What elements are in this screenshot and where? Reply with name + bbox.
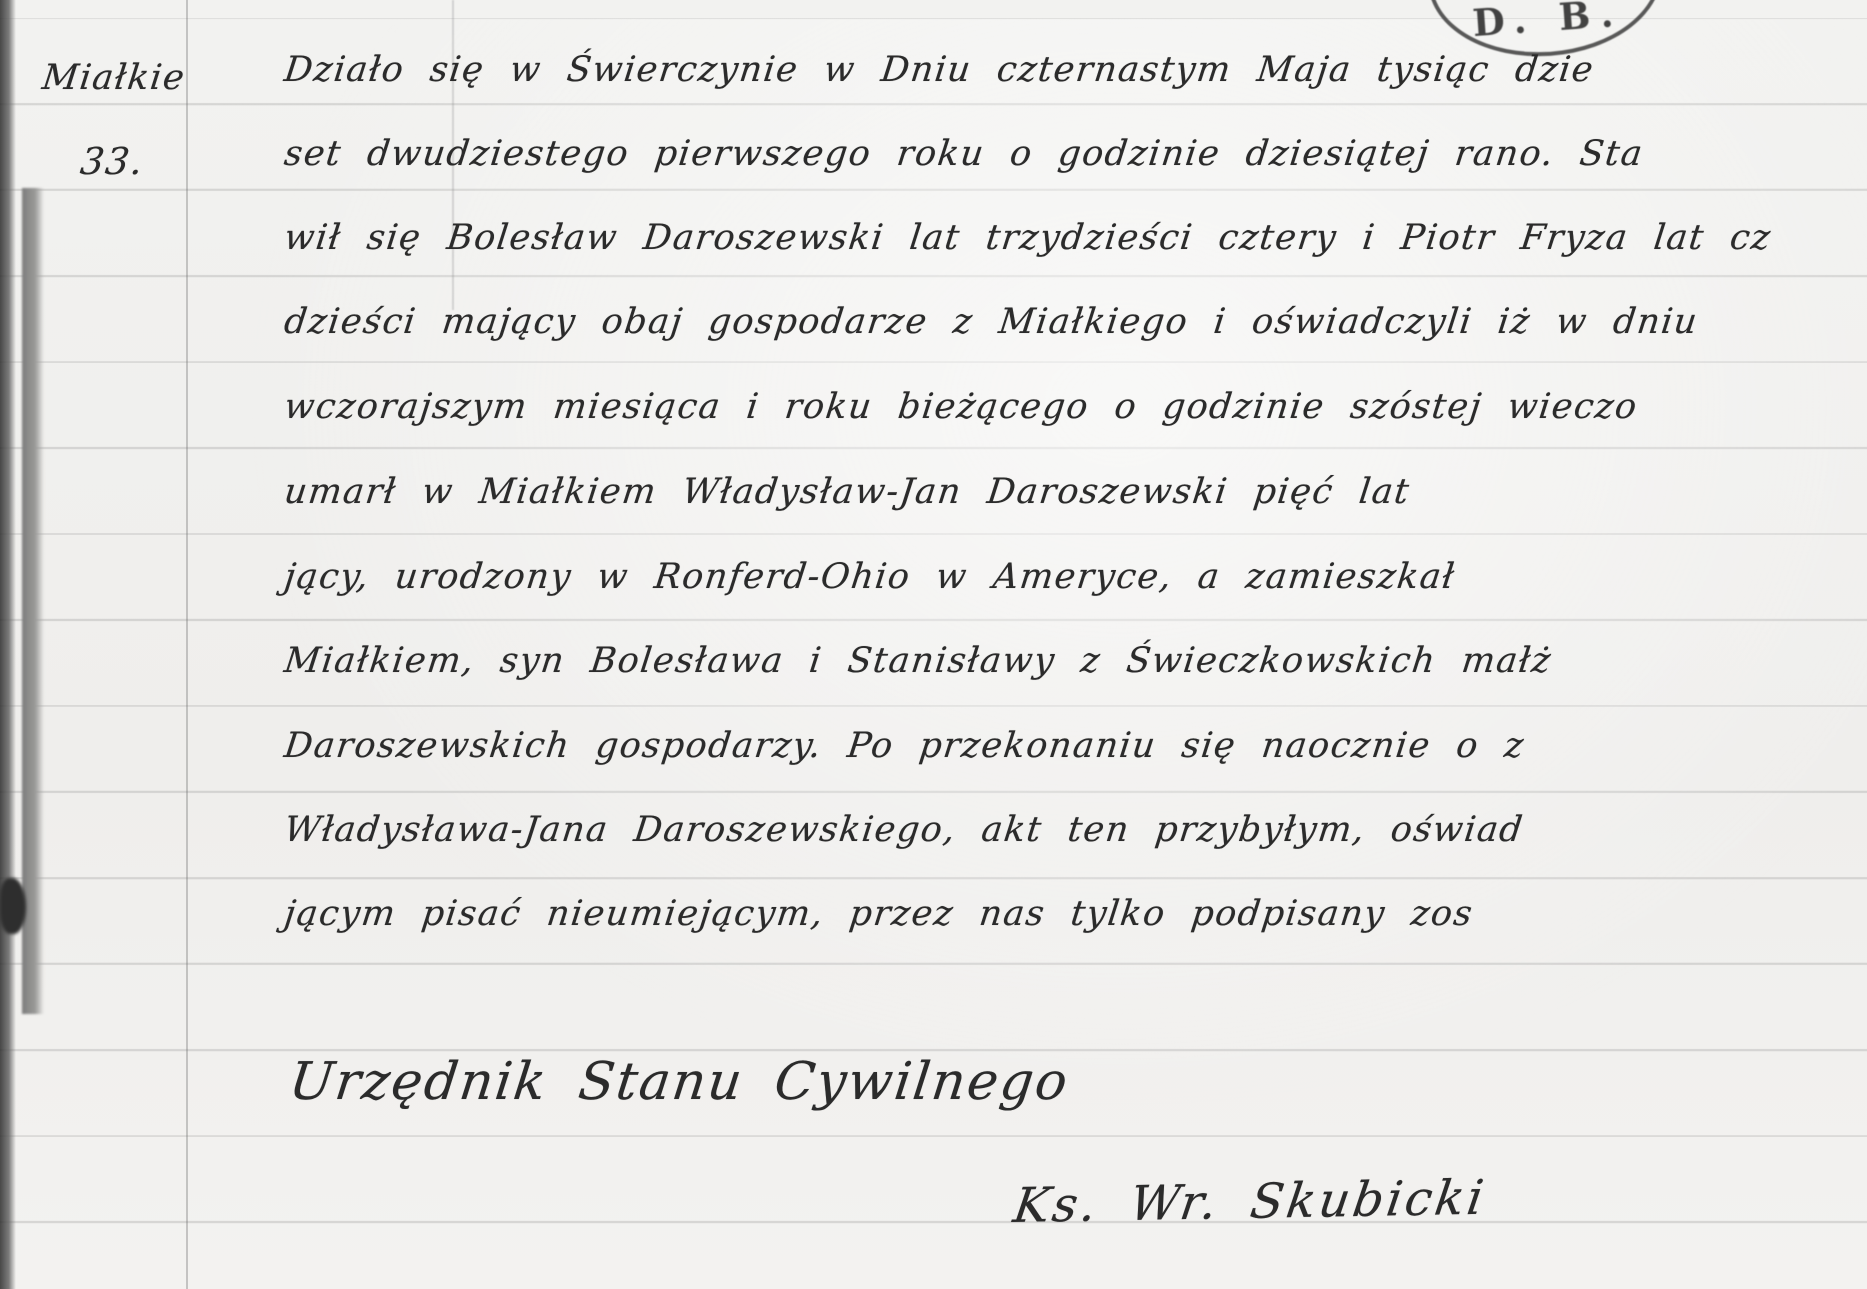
act-text-line: jącym pisać nieumiejącym, przez nas tylk… — [282, 894, 1476, 934]
act-text-line: jący, urodzony w Ronferd-Ohio w Ameryce,… — [282, 557, 1458, 597]
act-text-line: wczorajszym miesiąca i roku bieżącego o … — [282, 387, 1640, 427]
act-text-line: dzieści mający obaj gospodarze z Miałkie… — [282, 302, 1701, 342]
act-text-line: Władysława-Jana Daroszewskiego, akt ten … — [282, 810, 1526, 850]
margin-column-rule — [186, 0, 188, 1289]
act-text-line: Działo się w Świerczynie w Dniu czternas… — [282, 50, 1597, 90]
act-text-line: Daroszewskich gospodarzy. Po przekonaniu… — [282, 726, 1527, 766]
margin-place-label: Miałkie — [40, 58, 188, 98]
record-number: 33. — [78, 140, 147, 183]
act-text-line: Miałkiem, syn Bolesława i Stanisławy z Ś… — [282, 641, 1554, 681]
registrar-title: Urzędnik Stanu Cywilnego — [286, 1052, 1072, 1112]
priest-signature: Ks. Wr. Skubicki — [1010, 1170, 1490, 1234]
act-text-line: umarł w Miałkiem Władysław-Jan Daroszews… — [282, 472, 1412, 512]
stamp-initials: D. B. — [1434, 0, 1663, 48]
act-text-line: set dwudziestego pierwszego roku o godzi… — [282, 134, 1646, 174]
gutter-shadow — [22, 188, 44, 1014]
book-binding-edge — [0, 0, 16, 1289]
act-text-line: wił się Bolesław Daroszewski lat trzydzi… — [282, 218, 1774, 258]
scanned-registry-page: D. B. Miałkie 33. Działo się w Świerczyn… — [0, 0, 1867, 1289]
gutter-ink-blot — [0, 878, 26, 934]
